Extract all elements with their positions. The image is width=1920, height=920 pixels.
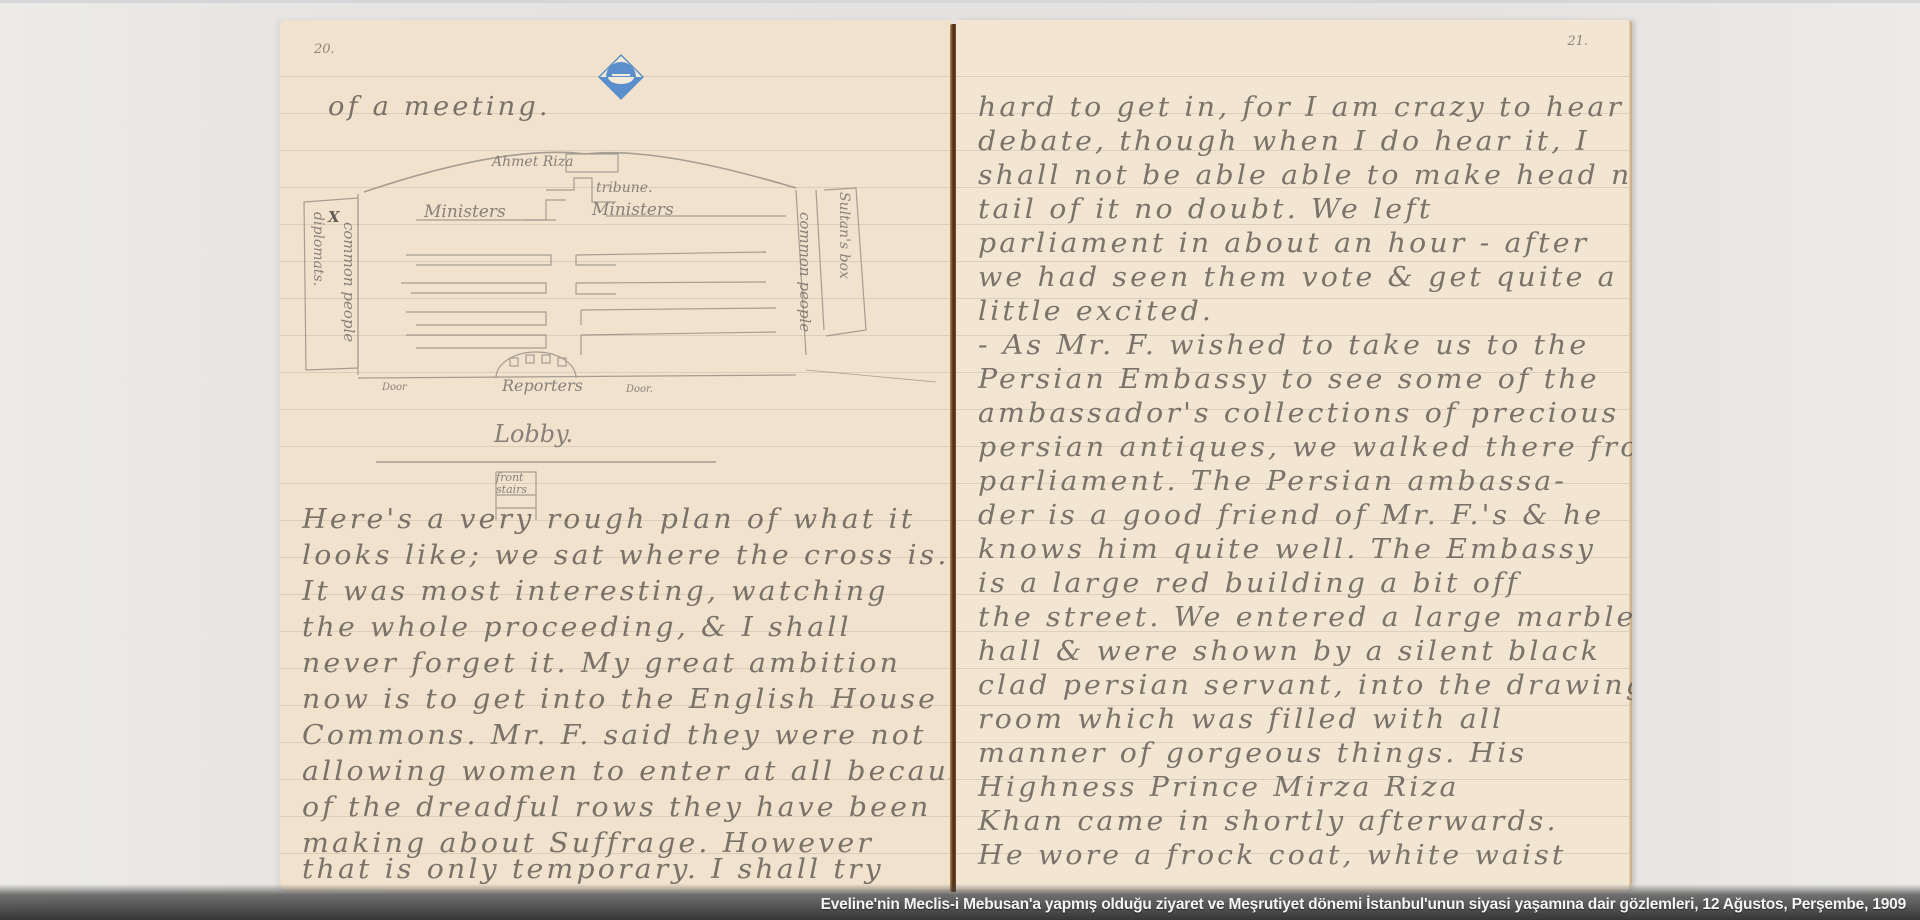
text-line: knows him quite well. The Embassy: [978, 534, 1596, 565]
text-line: hard to get in, for I am crazy to hear a: [978, 92, 1632, 123]
sketch-label-diplomats: diplomats.: [310, 212, 326, 286]
sketch-label-president: Ahmet Riza: [492, 154, 574, 170]
seat-marker-cross: X: [328, 208, 340, 226]
text-line: looks like; we sat where the cross is.: [302, 540, 950, 571]
sketch-label-common-people-right: common people: [796, 212, 814, 332]
text-line: It was most interesting, watching: [302, 576, 889, 607]
text-line: we had seen them vote & get quite a: [978, 262, 1618, 293]
image-viewer: 20. of a meeting.: [0, 0, 1920, 920]
sketch-label-sultans-box: Sultan's box: [836, 192, 852, 279]
text-line: parliament in about an hour - after: [978, 228, 1589, 259]
notebook-spread[interactable]: 20. of a meeting.: [280, 20, 1632, 892]
caption-bar: Eveline'nin Meclis-i Mebusan'a yapmış ol…: [0, 884, 1920, 920]
text-line: hall & were shown by a silent black: [978, 636, 1601, 667]
text-line: He wore a frock coat, white waist: [978, 840, 1566, 871]
right-page-number: 21.: [1567, 34, 1588, 49]
text-line: is a large red building a bit off: [978, 568, 1520, 599]
sketch-label-tribune: tribune.: [596, 180, 653, 196]
text-line: little excited.: [978, 296, 1214, 327]
text-line: Commons. Mr. F. said they were not: [302, 720, 927, 751]
text-line: that is only temporary. I shall try: [302, 854, 884, 885]
text-line: ambassador's collections of precious: [978, 398, 1619, 429]
text-line: room which was filled with all: [978, 704, 1504, 735]
parliament-floor-plan-sketch: Ahmet Riza tribune. Ministers Ministers …: [296, 150, 936, 520]
text-line: manner of gorgeous things. His: [978, 738, 1527, 769]
text-line: tail of it no doubt. We left: [978, 194, 1433, 225]
sketch-label-front-stairs: front stairs: [496, 472, 540, 496]
left-page-number: 20.: [314, 42, 335, 57]
sketch-label-common-people-left: common people: [340, 222, 358, 342]
text-line: der is a good friend of Mr. F.'s & he: [978, 500, 1604, 531]
text-line: Persian Embassy to see some of the: [978, 364, 1600, 395]
text-line: never forget it. My great ambition: [302, 648, 901, 679]
text-line: now is to get into the English House of: [302, 684, 952, 715]
left-page: 20. of a meeting.: [280, 20, 952, 892]
text-line: Khan came in shortly afterwards.: [978, 806, 1559, 837]
text-line: Highness Prince Mirza Riza: [978, 772, 1460, 803]
text-line: clad persian servant, into the drawing: [978, 670, 1632, 701]
text-line: of the dreadful rows they have been: [302, 792, 931, 823]
left-page-text: Here's a very rough plan of what it look…: [302, 504, 942, 892]
diamond-circle-logo-icon: [598, 54, 644, 100]
text-line: allowing women to enter at all because: [302, 756, 952, 787]
sketch-label-door-right: Door.: [626, 384, 653, 395]
sketch-label-door-left: Door: [382, 382, 407, 393]
sketch-label-ministers-right: Ministers: [592, 200, 674, 220]
text-line: the street. We entered a large marble: [978, 602, 1632, 633]
text-line: persian antiques, we walked there from: [978, 432, 1632, 463]
sketch-label-lobby: Lobby.: [494, 420, 573, 448]
heading-text: of a meeting.: [328, 92, 551, 122]
sketch-label-reporters: Reporters: [502, 376, 583, 395]
viewer-top-edge: [0, 0, 1920, 3]
right-page-text: hard to get in, for I am crazy to hear a…: [978, 92, 1618, 892]
text-line: debate, though when I do hear it, I: [978, 126, 1590, 157]
text-line: the whole proceeding, & I shall: [302, 612, 852, 643]
right-page: 21. hard to get in, for I am crazy to he…: [956, 20, 1632, 892]
image-caption: Eveline'nin Meclis-i Mebusan'a yapmış ol…: [821, 896, 1906, 914]
text-line: parliament. The Persian ambassa-: [978, 466, 1567, 497]
sketch-label-ministers-left: Ministers: [424, 202, 506, 222]
text-line: - As Mr. F. wished to take us to the: [978, 330, 1589, 361]
text-line: Here's a very rough plan of what it: [302, 504, 915, 535]
text-line: shall not be able able to make head nor: [978, 160, 1632, 191]
